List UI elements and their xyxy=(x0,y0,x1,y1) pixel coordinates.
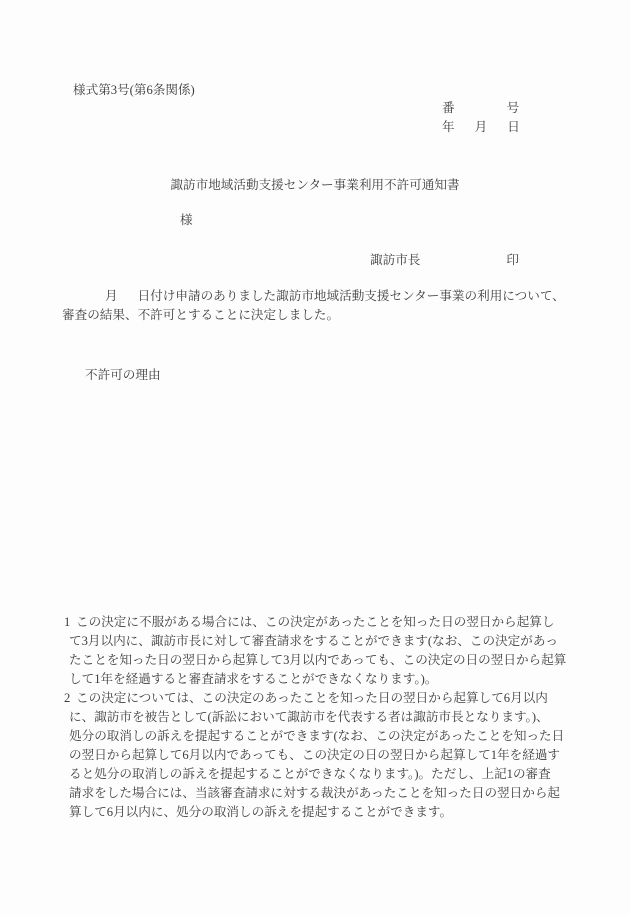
note-line: この決定に不服がある場合には、この決定があったことを知った日の翌日から起算し xyxy=(69,613,587,632)
note-line: して1年を経過すると審査請求をすることができなくなります。)。 xyxy=(69,670,587,689)
body-line-2: 審査の結果、不許可とすることに決定しました。 xyxy=(62,306,582,325)
body-day-label: 日 xyxy=(138,289,151,303)
note-text: この決定については、この決定のあったことを知った日の翌日から起算して6月以内に、… xyxy=(62,689,587,822)
note-item-1: 1 この決定に不服がある場合には、この決定があったことを知った日の翌日から起算し… xyxy=(62,613,587,689)
day-label: 日 xyxy=(507,120,520,134)
note-line: たことを知った日の翌日から起算して3月以内であっても、この決定の日の翌日から起算 xyxy=(69,651,587,670)
body-paragraph: 月日付け申請のありました諏訪市地域活動支援センター事業の利用について、 審査の結… xyxy=(62,287,582,325)
doc-date-line: 年月日 xyxy=(442,118,520,137)
month-label: 月 xyxy=(475,120,488,134)
note-line: 算して6月以内に、処分の取消しの訴えを提起することができます。 xyxy=(69,803,587,822)
note-text: この決定に不服がある場合には、この決定があったことを知った日の翌日から起算して3… xyxy=(62,613,587,689)
year-blank xyxy=(455,130,475,131)
note-number: 1 xyxy=(64,613,70,632)
note-line: の翌日から起算して6月以内であっても、この決定の日の翌日から起算して1年を経過す xyxy=(69,746,587,765)
document-page: 様式第3号(第6条関係) 番号 年月日 諏訪市地域活動支援センター事業利用不許可… xyxy=(0,0,630,915)
year-label: 年 xyxy=(442,120,455,134)
issuer-title: 諏訪市長 xyxy=(370,253,420,267)
application-month-blank xyxy=(62,299,105,300)
note-line: ると処分の取消しの訴えを提起することができなくなります。)。ただし、上記1の審査 xyxy=(69,765,587,784)
doc-number-line: 番号 xyxy=(442,99,520,118)
body-month-label: 月 xyxy=(105,289,118,303)
note-number: 2 xyxy=(64,689,70,708)
note-item-2: 2 この決定については、この決定のあったことを知った日の翌日から起算して6月以内… xyxy=(62,689,587,822)
note-line: に、諏訪市を被告として(訴訟において諏訪市を代表する者は諏訪市長となります。)、 xyxy=(69,708,587,727)
doc-number-prefix-label: 番 xyxy=(442,101,455,115)
body-line-1: 月日付け申請のありました諏訪市地域活動支援センター事業の利用について、 xyxy=(62,287,582,306)
note-line: 請求をした場合には、当該審査請求に対する裁決があったことを知った日の翌日から起 xyxy=(69,784,587,803)
note-line: この決定については、この決定のあったことを知った日の翌日から起算して6月以内 xyxy=(69,689,587,708)
application-day-blank xyxy=(118,299,138,300)
doc-number-suffix-label: 号 xyxy=(507,101,520,115)
month-blank xyxy=(487,130,507,131)
recipient-honorific: 様 xyxy=(180,211,193,230)
doc-number-blank xyxy=(455,111,507,112)
reason-label: 不許可の理由 xyxy=(85,366,161,385)
letterhead: 番号 年月日 xyxy=(442,99,520,137)
issuer-line: 諏訪市長印 xyxy=(370,251,519,270)
form-number: 様式第3号(第6条関係) xyxy=(73,81,195,100)
appeal-notes: 1 この決定に不服がある場合には、この決定があったことを知った日の翌日から起算し… xyxy=(62,613,587,822)
document-title: 諏訪市地域活動支援センター事業利用不許可通知書 xyxy=(0,176,630,195)
issuer-name-blank xyxy=(420,263,506,264)
seal-label: 印 xyxy=(506,253,519,267)
note-line: て3月以内に、諏訪市長に対して審査請求をすることができます(なお、この決定があっ xyxy=(69,632,587,651)
body-line1-text: 付け申請のありました諏訪市地域活動支援センター事業の利用について、 xyxy=(150,289,565,303)
note-line: 処分の取消しの訴えを提起することができます(なお、この決定があったことを知った日 xyxy=(69,727,587,746)
